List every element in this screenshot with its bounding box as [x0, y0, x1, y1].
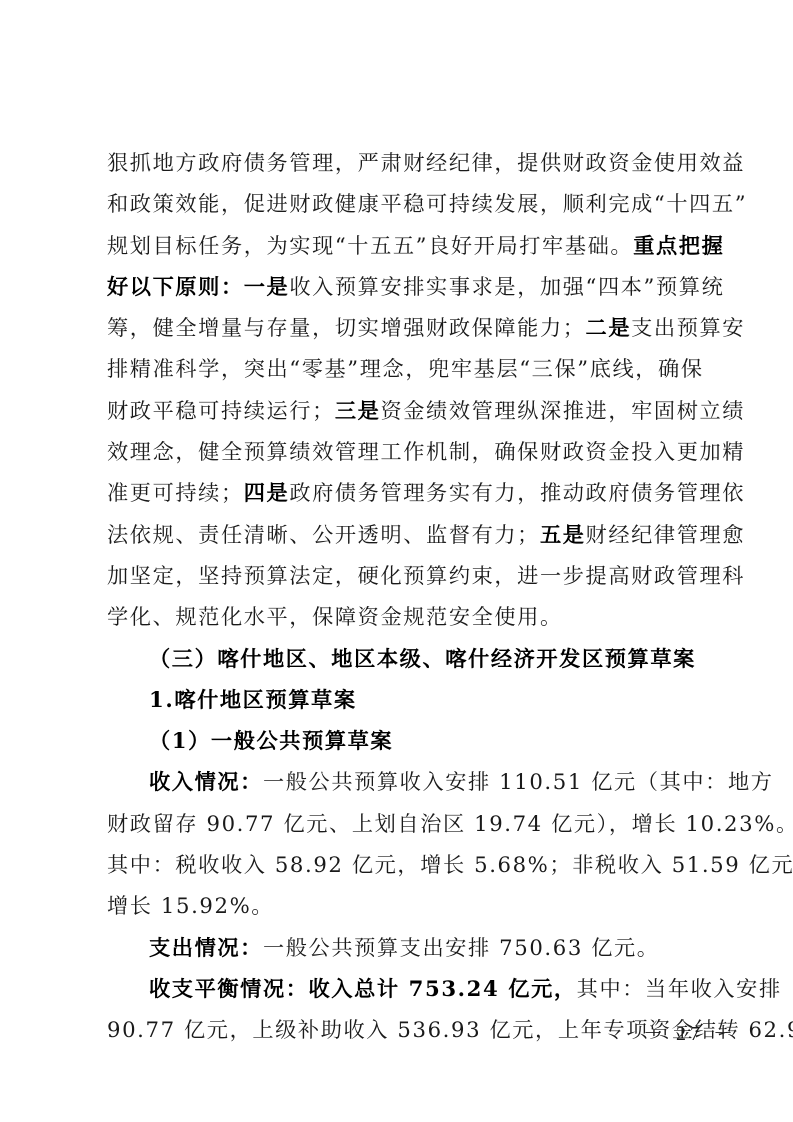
bold-text: 好以下原则： [107, 274, 244, 299]
text-span: 准更可持续； [107, 480, 244, 505]
paragraph-line: 筹，健全增量与存量，切实增强财政保障能力；二是支出预算安 [107, 307, 697, 348]
income-label: 收入情况： [149, 769, 263, 794]
bold-text: 重点把握 [633, 233, 724, 258]
bold-text: 一是 [244, 274, 290, 299]
income-line: 增长 15.92%。 [107, 885, 697, 926]
paragraph-line: 效理念，健全预算绩效管理工作机制，确保财政资金投入更加精 [107, 431, 697, 472]
expenditure-label: 支出情况： [149, 935, 263, 960]
text-span: 收入预算安排实事求是，加强“四本”预算统 [289, 274, 724, 299]
page-number: － 27 － [643, 1017, 737, 1046]
paragraph-line: 和政策效能，促进财政健康平稳可持续发展，顺利完成“十四五” [107, 183, 697, 224]
paragraph-line: 规划目标任务，为实现“十五五”良好开局打牢基础。重点把握 [107, 225, 697, 266]
paragraph-line: 财政平稳可持续运行；三是资金绩效管理纵深推进，牢固树立绩 [107, 390, 697, 431]
income-line: 收入情况：一般公共预算收入安排 110.51 亿元（其中：地方 [107, 761, 697, 802]
paragraph-line: 法依规、责任清晰、公开透明、监督有力；五是财经纪律管理愈 [107, 514, 697, 555]
text-span: 一般公共预算收入安排 110.51 亿元（其中：地方 [263, 769, 774, 794]
paragraph-line: 准更可持续；四是政府债务管理务实有力，推动政府债务管理依 [107, 472, 697, 513]
text-span: 规划目标任务，为实现“十五五”良好开局打牢基础。 [107, 233, 633, 258]
bold-text: 五是 [540, 522, 586, 547]
text-span: 筹，健全增量与存量，切实增强财政保障能力； [107, 315, 586, 340]
bold-text: 四是 [244, 480, 290, 505]
paragraph-line: 加坚定，坚持预算法定，硬化预算约束，进一步提高财政管理科 [107, 555, 697, 596]
text-span: 财经纪律管理愈 [586, 522, 746, 547]
bold-text: 二是 [586, 315, 632, 340]
paragraph-line: 好以下原则：一是收入预算安排实事求是，加强“四本”预算统 [107, 266, 697, 307]
document-page: 狠抓地方政府债务管理，严肃财经纪律，提供财政资金使用效益 和政策效能，促进财政健… [0, 0, 793, 1122]
paragraph-line: 狠抓地方政府债务管理，严肃财经纪律，提供财政资金使用效益 [107, 142, 697, 183]
text-span: 财政平稳可持续运行； [107, 398, 335, 423]
paragraph-line: 排精准科学，突出“零基”理念，兜牢基层“三保”底线，确保 [107, 348, 697, 389]
text-span: 法依规、责任清晰、公开透明、监督有力； [107, 522, 540, 547]
subsection-heading: 1.喀什地区预算草案 [107, 679, 697, 720]
bold-text: 三是 [335, 398, 381, 423]
balance-line: 收支平衡情况：收入总计 753.24 亿元，其中：当年收入安排 [107, 968, 697, 1009]
text-span: 其中：当年收入安排 [577, 976, 782, 1001]
balance-line: 90.77 亿元，上级补助收入 536.93 亿元，上年专项资金结转 62.93 [107, 1009, 697, 1050]
text-span: 一般公共预算支出安排 750.63 亿元。 [263, 935, 660, 960]
subsection-heading: （1）一般公共预算草案 [107, 720, 697, 761]
paragraph-line: 学化、规范化水平，保障资金规范安全使用。 [107, 596, 697, 637]
text-span: 支出预算安 [631, 315, 745, 340]
expenditure-line: 支出情况：一般公共预算支出安排 750.63 亿元。 [107, 927, 697, 968]
document-body: 狠抓地方政府债务管理，严肃财经纪律，提供财政资金使用效益 和政策效能，促进财政健… [107, 142, 697, 1051]
section-heading: （三）喀什地区、地区本级、喀什经济开发区预算草案 [107, 638, 697, 679]
balance-label: 收支平衡情况：收入总计 753.24 亿元， [149, 976, 577, 1001]
income-line: 财政留存 90.77 亿元、上划自治区 19.74 亿元），增长 10.23%。 [107, 803, 697, 844]
income-line: 其中：税收收入 58.92 亿元，增长 5.68%；非税收入 51.59 亿元， [107, 844, 697, 885]
text-span: 政府债务管理务实有力，推动政府债务管理依 [289, 480, 745, 505]
text-span: 资金绩效管理纵深推进，牢固树立绩 [380, 398, 745, 423]
